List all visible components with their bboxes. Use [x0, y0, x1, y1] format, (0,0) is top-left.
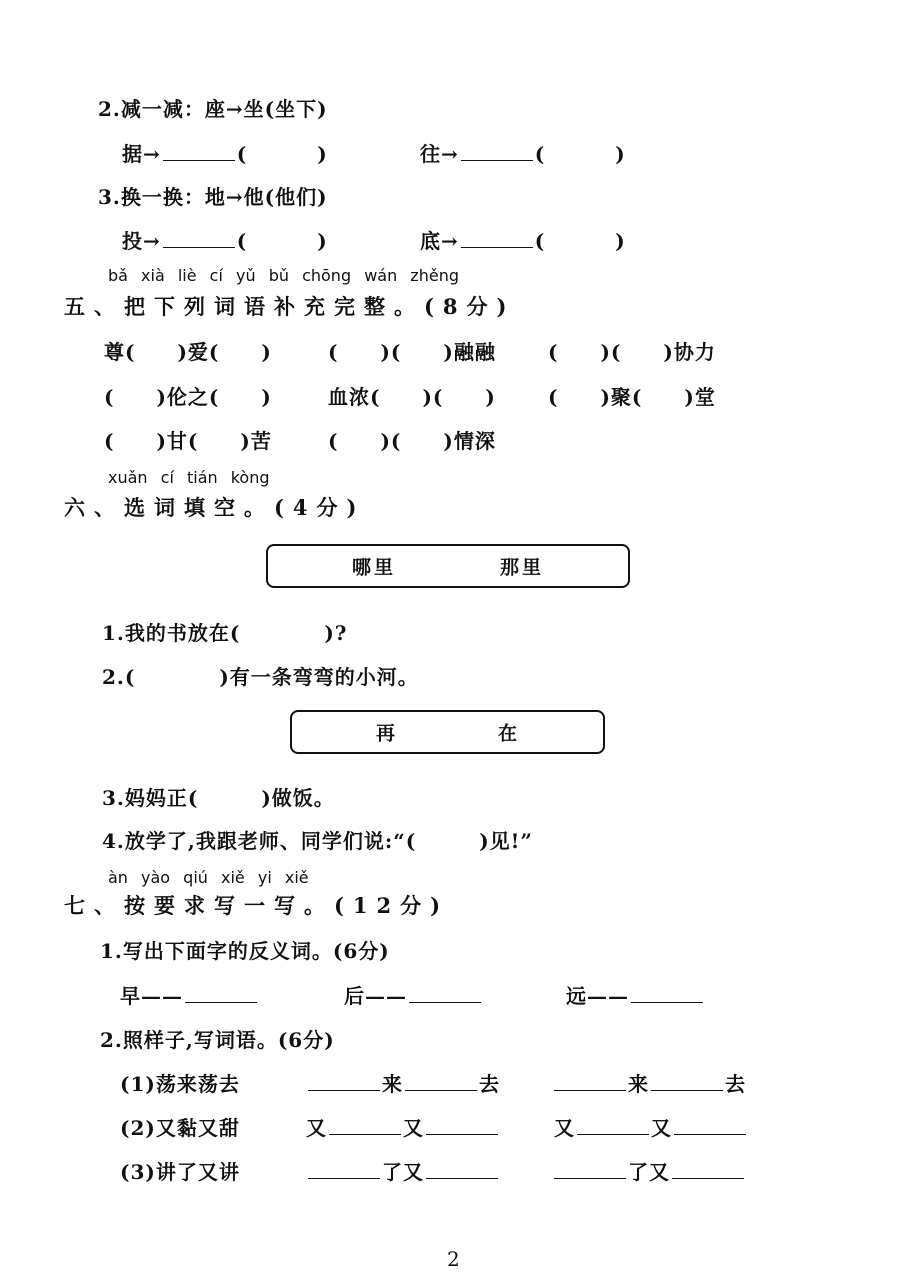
idiom[interactable]: 尊( )爱( ): [104, 336, 272, 365]
section5-pinyin: bǎ xià liè cí yǔ bǔ chōng wán zhěng: [108, 266, 459, 285]
word-option: 哪里: [352, 553, 396, 580]
antonym-item: 远——: [566, 980, 705, 1009]
section5-title: 五、把下列词语补充完整。(8分): [64, 291, 515, 321]
antonym-prompt: 1.写出下面字的反义词。(6分): [100, 935, 390, 964]
q2-item-2: 往→(): [420, 138, 626, 167]
answer-blank[interactable]: [577, 1114, 649, 1135]
idiom[interactable]: ( )( )融融: [328, 336, 496, 365]
idiom[interactable]: ( )( )协力: [548, 336, 716, 365]
answer-blank[interactable]: [631, 982, 703, 1003]
answer-blank[interactable]: [672, 1158, 744, 1179]
q2-item-2-char: 往→: [420, 142, 459, 166]
pattern-answer: 又又: [306, 1112, 500, 1141]
q3-prompt: 3.换一换：地→他(他们): [98, 181, 328, 210]
idiom[interactable]: ( )甘( )苦: [104, 425, 272, 454]
idiom[interactable]: ( )伦之( ): [104, 381, 272, 410]
pattern-answer: 来去: [552, 1068, 746, 1097]
page-number: 2: [447, 1247, 460, 1271]
answer-blank[interactable]: [329, 1114, 401, 1135]
section7-pinyin: àn yào qiú xiě yi xiě: [108, 868, 309, 887]
idiom[interactable]: ( )聚( )堂: [548, 381, 716, 410]
answer-blank[interactable]: [554, 1158, 626, 1179]
word-option: 那里: [500, 553, 544, 580]
pattern-answer: 了又: [306, 1156, 500, 1185]
q2-item-1: 据→(): [122, 138, 328, 167]
pattern-answer: 又又: [554, 1112, 748, 1141]
q2-prompt: 2.减一减：座→坐(坐下): [98, 93, 328, 122]
answer-blank[interactable]: [461, 140, 533, 161]
pattern-prompt: 2.照样子,写词语。(6分): [100, 1024, 335, 1053]
answer-blank[interactable]: [405, 1070, 477, 1091]
idiom[interactable]: ( )( )情深: [328, 425, 496, 454]
answer-blank[interactable]: [308, 1158, 380, 1179]
word-option: 再: [376, 719, 398, 746]
q3-item-1: 投→(): [122, 225, 328, 254]
answer-blank[interactable]: [426, 1114, 498, 1135]
answer-blank[interactable]: [409, 982, 481, 1003]
pattern-example: (2)又黏又甜: [120, 1112, 240, 1141]
idiom[interactable]: 血浓( )( ): [328, 381, 496, 410]
answer-blank[interactable]: [674, 1114, 746, 1135]
pattern-answer: 来去: [306, 1068, 500, 1097]
q1-sentence[interactable]: 1.我的书放在( )?: [102, 617, 348, 646]
q3-item-2: 底→(): [420, 225, 626, 254]
q2-item-1-char: 据→: [122, 142, 161, 166]
antonym-item: 早——: [120, 980, 259, 1009]
answer-blank[interactable]: [308, 1070, 380, 1091]
word-option: 在: [498, 719, 520, 746]
q4-sentence[interactable]: 4.放学了,我跟老师、同学们说:“( )见!”: [102, 825, 533, 854]
word-choice-box-2: 再 在: [290, 710, 605, 754]
word-choice-box-1: 哪里 那里: [266, 544, 630, 588]
section6-title: 六、选词填空。(4分): [64, 492, 365, 522]
answer-blank[interactable]: [163, 140, 235, 161]
answer-blank[interactable]: [461, 227, 533, 248]
answer-blank[interactable]: [554, 1070, 626, 1091]
answer-blank[interactable]: [426, 1158, 498, 1179]
pattern-example: (1)荡来荡去: [120, 1068, 240, 1097]
antonym-item: 后——: [344, 980, 483, 1009]
q2-sentence[interactable]: 2.( )有一条弯弯的小河。: [102, 661, 419, 690]
q3-sentence[interactable]: 3.妈妈正( )做饭。: [102, 782, 335, 811]
pattern-answer: 了又: [552, 1156, 746, 1185]
answer-blank[interactable]: [185, 982, 257, 1003]
answer-blank[interactable]: [651, 1070, 723, 1091]
answer-blank[interactable]: [163, 227, 235, 248]
section6-pinyin: xuǎn cí tián kòng: [108, 468, 270, 487]
pattern-example: (3)讲了又讲: [120, 1156, 240, 1185]
section7-title: 七、按要求写一写。(12分): [64, 890, 449, 920]
